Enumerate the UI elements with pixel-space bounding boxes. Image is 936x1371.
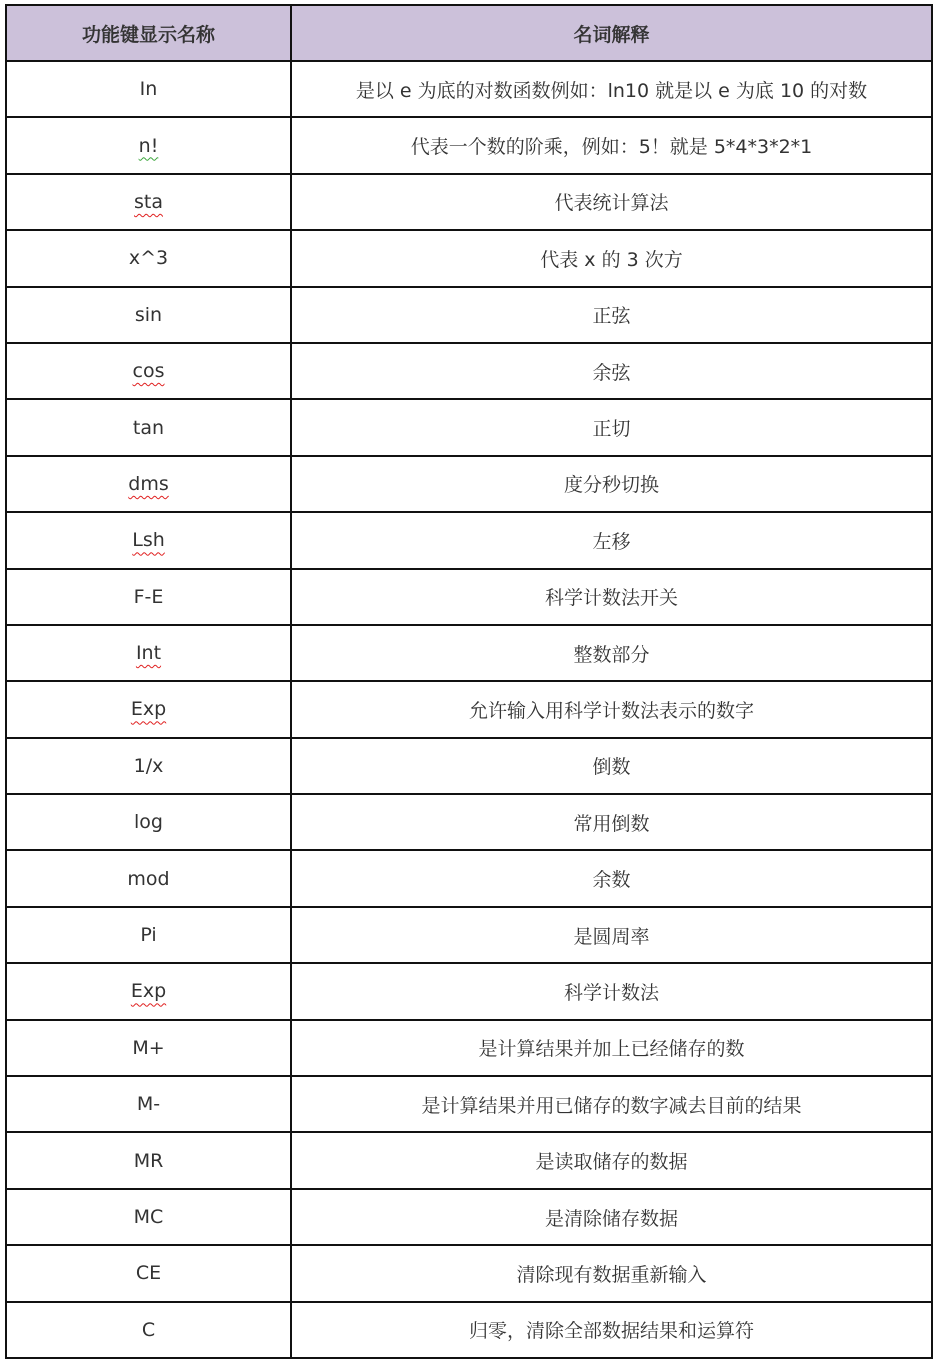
key-cell: sta [6,174,291,230]
table-row: 1/x 倒数 [6,738,932,794]
table-row: sin 正弦 [6,287,932,343]
key-label: cos [133,360,165,382]
key-label: Exp [131,980,166,1002]
key-label: Pi [140,924,156,946]
key-label: Lsh [132,529,165,551]
key-cell: Pi [6,907,291,963]
key-label: n! [139,135,159,157]
table-row: MR 是读取储存的数据 [6,1132,932,1188]
key-label: dms [128,473,168,495]
key-cell: Exp [6,681,291,737]
desc-cell: 正切 [291,399,932,455]
key-label: log [134,811,163,833]
key-cell: cos [6,343,291,399]
key-cell: x^3 [6,230,291,286]
key-label: mod [127,868,169,890]
table-row: In 是以 e 为底的对数函数例如：ln10 就是以 e 为底 10 的对数 [6,61,932,117]
desc-cell: 是计算结果并用已储存的数字减去目前的结果 [291,1076,932,1132]
key-cell: In [6,61,291,117]
key-cell: Lsh [6,512,291,568]
desc-cell: 归零，清除全部数据结果和运算符 [291,1302,932,1358]
table-row: tan 正切 [6,399,932,455]
desc-cell: 是清除储存数据 [291,1189,932,1245]
key-cell: M+ [6,1020,291,1076]
column-header-key-name: 功能键显示名称 [6,5,291,61]
table-row: M- 是计算结果并用已储存的数字减去目前的结果 [6,1076,932,1132]
key-label: MC [134,1206,164,1228]
table-row: Int 整数部分 [6,625,932,681]
key-cell: MC [6,1189,291,1245]
desc-cell: 左移 [291,512,932,568]
key-cell: tan [6,399,291,455]
table-row: Exp 科学计数法 [6,963,932,1019]
calculator-function-table: 功能键显示名称 名词解释 In 是以 e 为底的对数函数例如：ln10 就是以 … [5,4,933,1359]
desc-cell: 是读取储存的数据 [291,1132,932,1188]
table-row: mod 余数 [6,850,932,906]
table-row: sta 代表统计算法 [6,174,932,230]
desc-cell: 科学计数法开关 [291,569,932,625]
table-row: F-E 科学计数法开关 [6,569,932,625]
desc-cell: 整数部分 [291,625,932,681]
table-row: n! 代表一个数的阶乘，例如：5！就是 5*4*3*2*1 [6,117,932,173]
desc-cell: 倒数 [291,738,932,794]
key-label: x^3 [129,247,168,269]
table-header-row: 功能键显示名称 名词解释 [6,5,932,61]
key-cell: log [6,794,291,850]
table-row: CE 清除现有数据重新输入 [6,1245,932,1301]
key-cell: 1/x [6,738,291,794]
desc-cell: 代表一个数的阶乘，例如：5！就是 5*4*3*2*1 [291,117,932,173]
key-label: sta [134,191,163,213]
key-cell: MR [6,1132,291,1188]
desc-cell: 代表 x 的 3 次方 [291,230,932,286]
key-label: F-E [134,586,164,608]
table-row: C 归零，清除全部数据结果和运算符 [6,1302,932,1358]
key-cell: C [6,1302,291,1358]
key-label: 1/x [134,755,164,777]
desc-cell: 是以 e 为底的对数函数例如：ln10 就是以 e 为底 10 的对数 [291,61,932,117]
key-label: tan [133,417,164,439]
key-label: MR [134,1150,164,1172]
desc-cell: 科学计数法 [291,963,932,1019]
key-label: C [142,1319,155,1341]
desc-cell: 常用倒数 [291,794,932,850]
key-label: Int [136,642,161,664]
desc-cell: 余弦 [291,343,932,399]
key-cell: dms [6,456,291,512]
desc-cell: 代表统计算法 [291,174,932,230]
table-row: log 常用倒数 [6,794,932,850]
key-label: M- [137,1093,160,1115]
table-row: dms 度分秒切换 [6,456,932,512]
desc-cell: 允许输入用科学计数法表示的数字 [291,681,932,737]
desc-cell: 是计算结果并加上已经储存的数 [291,1020,932,1076]
key-cell: mod [6,850,291,906]
table-row: x^3 代表 x 的 3 次方 [6,230,932,286]
key-label: CE [136,1262,161,1284]
key-cell: Exp [6,963,291,1019]
column-header-explanation: 名词解释 [291,5,932,61]
key-label: In [140,78,158,100]
key-cell: CE [6,1245,291,1301]
key-label: M+ [132,1037,164,1059]
key-cell: M- [6,1076,291,1132]
desc-cell: 是圆周率 [291,907,932,963]
desc-cell: 清除现有数据重新输入 [291,1245,932,1301]
desc-cell: 正弦 [291,287,932,343]
desc-cell: 度分秒切换 [291,456,932,512]
table-row: Lsh 左移 [6,512,932,568]
desc-cell: 余数 [291,850,932,906]
key-label: sin [135,304,162,326]
table-row: MC 是清除储存数据 [6,1189,932,1245]
table-row: M+ 是计算结果并加上已经储存的数 [6,1020,932,1076]
key-cell: F-E [6,569,291,625]
key-cell: Int [6,625,291,681]
table-row: Pi 是圆周率 [6,907,932,963]
key-cell: sin [6,287,291,343]
table-row: cos 余弦 [6,343,932,399]
key-label: Exp [131,698,166,720]
key-cell: n! [6,117,291,173]
table-row: Exp 允许输入用科学计数法表示的数字 [6,681,932,737]
